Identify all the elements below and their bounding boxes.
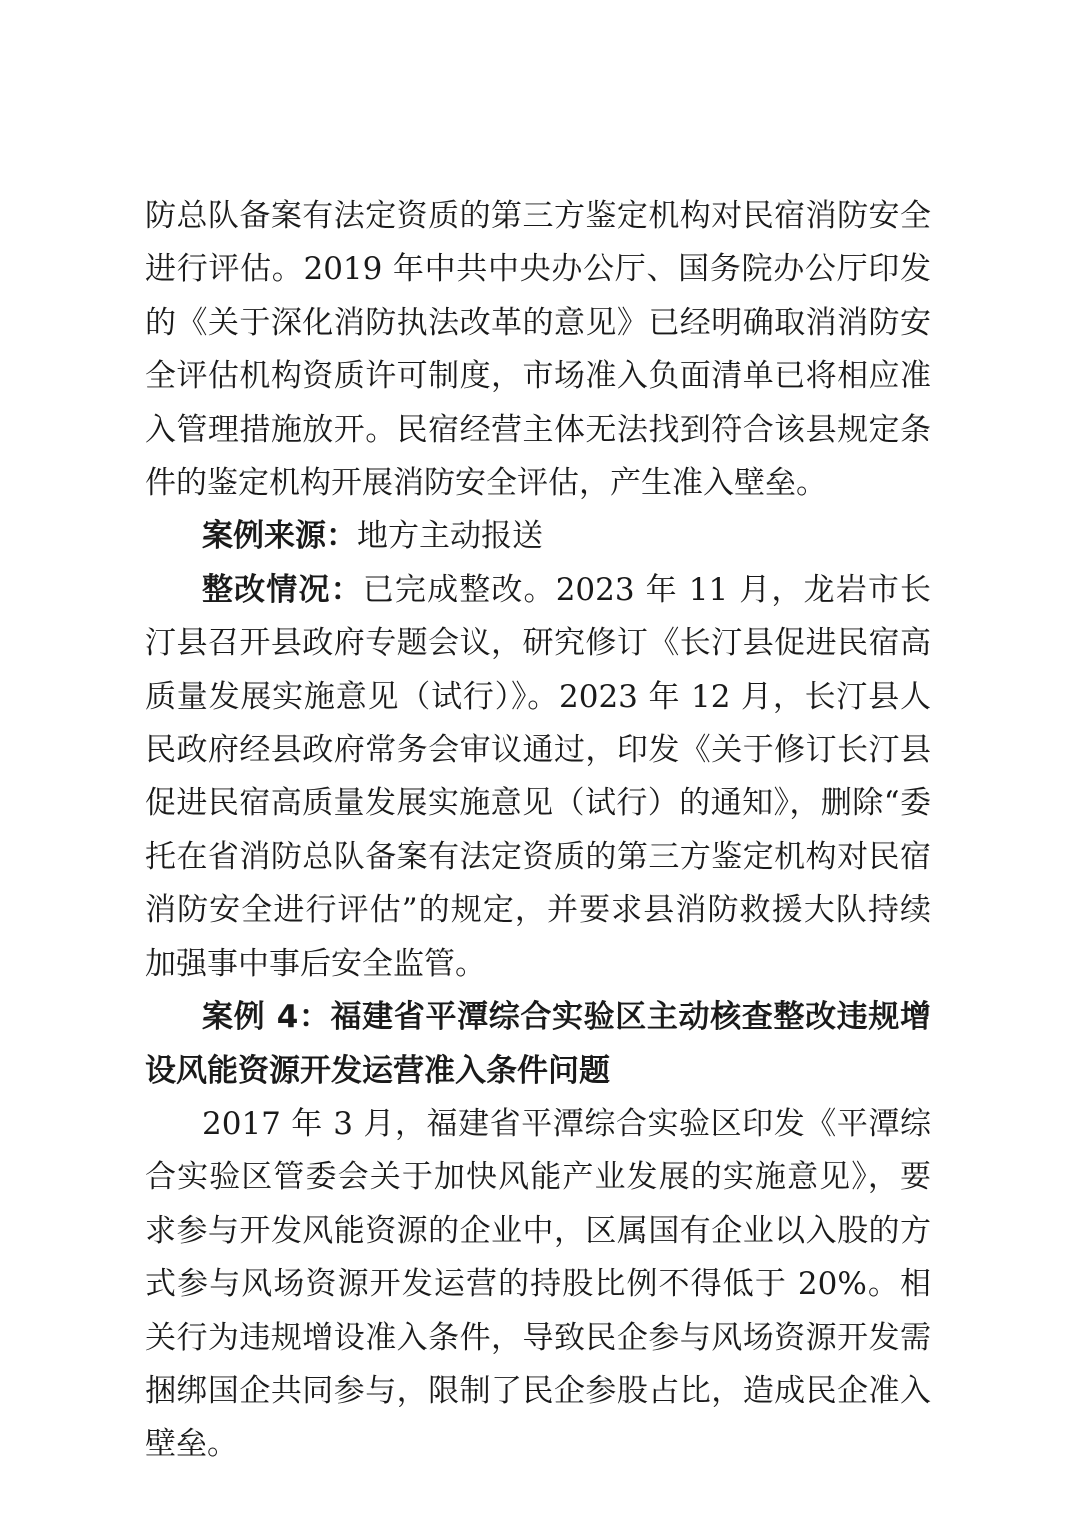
case-source-value: 地方主动报送 [357, 518, 543, 554]
paragraph-continued-assessment: 防总队备案有法定资质的第三方鉴定机构对民宿消防安全进行评估。2019 年中共中央… [145, 190, 931, 510]
rectification-label: 整改情况： [202, 572, 363, 608]
document-page: 防总队备案有法定资质的第三方鉴定机构对民宿消防安全进行评估。2019 年中共中央… [145, 190, 931, 1472]
case-4-heading: 案例 4：福建省平潭综合实验区主动核查整改违规增设风能资源开发运营准入条件问题 [145, 991, 931, 1098]
case-source-label: 案例来源： [202, 518, 357, 554]
case-source-paragraph: 案例来源：地方主动报送 [145, 510, 931, 563]
rectification-paragraph: 整改情况：已完成整改。2023 年 11 月，龙岩市长汀县召开县政府专题会议，研… [145, 564, 931, 991]
rectification-text: 已完成整改。2023 年 11 月，龙岩市长汀县召开县政府专题会议，研究修订《长… [145, 572, 931, 982]
case-4-body: 2017 年 3 月，福建省平潭综合实验区印发《平潭综合实验区管委会关于加快风能… [145, 1098, 931, 1472]
